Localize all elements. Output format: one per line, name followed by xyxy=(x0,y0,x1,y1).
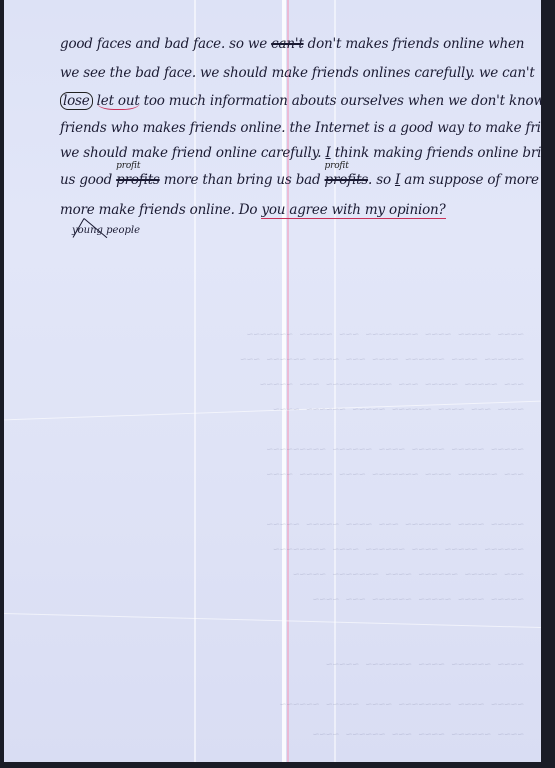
show-through-text: ~~~~~ ~~~~ ~~~~~~~ ~~~ ~~~~ ~~~~~ ~~~~~ xyxy=(44,520,524,532)
margin-note: young people xyxy=(72,225,140,236)
correction-insert: profit xyxy=(325,161,349,171)
show-through-text: ~~~~ ~~~~~ ~~~~ ~~~~~~~~ ~~~ ~~~~~ ~~~~~… xyxy=(44,330,524,342)
text: more make friends online. Do xyxy=(60,202,261,218)
text: too much information abouts ourselves wh… xyxy=(140,93,541,109)
red-underlined-question: you agree with my opinion? xyxy=(261,202,445,219)
text: am suppose of more and xyxy=(400,172,541,188)
struck-word: profits xyxy=(116,172,160,188)
scanned-page: ~~~~ ~~~~~ ~~~~ ~~~~~~~~ ~~~ ~~~~~ ~~~~~… xyxy=(4,0,541,762)
red-marked-phrase: let out xyxy=(97,93,140,110)
essay-line-7: more make friends online. Do you agree w… xyxy=(60,202,541,218)
show-through-text: ~~~~~ ~~~~~ ~~~~~ ~~~~ ~~~~~~ ~~~~~~~~~ xyxy=(44,445,524,457)
struck-word: can't xyxy=(271,36,303,52)
circled-word: lose xyxy=(60,92,93,110)
show-through-text: ~~~~ ~~~ ~~~~ ~~~~~~ ~~~~~ ~~~~~~ ~~~~ xyxy=(44,405,524,417)
text: . so xyxy=(368,172,395,188)
show-through-text: ~~~ ~~~~~ ~~~~~ ~~~ ~~~~~~~~~~ ~~~ ~~~~~ xyxy=(44,380,524,392)
correction-insert: profit xyxy=(116,161,140,171)
text: don't makes friends online when xyxy=(304,36,525,52)
text: think making friends online bring xyxy=(331,145,541,161)
correction: profitprofits xyxy=(325,172,369,188)
essay-line-3: lose let out too much information abouts… xyxy=(60,93,541,109)
essay-line-2: we see the bad face. we should make frie… xyxy=(60,65,541,81)
essay-line-5: we should make friend online carefully. … xyxy=(60,145,541,161)
text: we see the bad face. we should make frie… xyxy=(60,65,535,81)
show-through-text: ~~~ ~~~~~ ~~~~~~ ~~~~ ~~~~~~~ ~~~~~ xyxy=(44,570,524,582)
essay-line-4: friends who makes friends online. the In… xyxy=(60,120,541,136)
show-through-text: ~~~~~ ~~~~ ~~~~~~~~ ~~~~ ~~~~~ ~~~~~~ xyxy=(44,700,524,712)
paper-crease xyxy=(4,613,541,628)
text: good faces and bad face. so we xyxy=(60,36,271,52)
correction: profitprofits xyxy=(116,172,160,188)
text: more than bring us bad xyxy=(160,172,325,188)
text: us good xyxy=(60,172,116,188)
show-through-text: ~~~~~ ~~~~ ~~~~~ ~~~~~~ ~~~ ~~~~ xyxy=(44,595,524,607)
essay-line-6: us good profitprofits more than bring us… xyxy=(60,172,541,188)
text: we should make friend online carefully xyxy=(60,145,317,161)
show-through-text: ~~~ ~~~~~~ ~~~~ ~~~~~~~ ~~~~ ~~~~~ ~~~~ xyxy=(44,470,524,482)
struck-word: profits xyxy=(325,172,369,188)
show-through-text: ~~~~~~ ~~~~ ~~~~~~ ~~~~ ~~~ ~~~~ ~~~~~~ … xyxy=(44,355,524,367)
show-through-text: ~~~~~~ ~~~~~ ~~~~ ~~~~~~ ~~~~ ~~~~~~~~ xyxy=(44,545,524,557)
show-through-text: ~~~~ ~~~~~~ ~~~~ ~~~~~~~ ~~~~~ xyxy=(44,660,524,672)
show-through-text: ~~~~ ~~~~~~ ~~~~ ~~~ ~~~~~~ ~~~~ xyxy=(44,730,524,742)
text: friends who makes friends online. the In… xyxy=(60,120,541,136)
essay-line-1: good faces and bad face. so we can't don… xyxy=(60,36,541,52)
